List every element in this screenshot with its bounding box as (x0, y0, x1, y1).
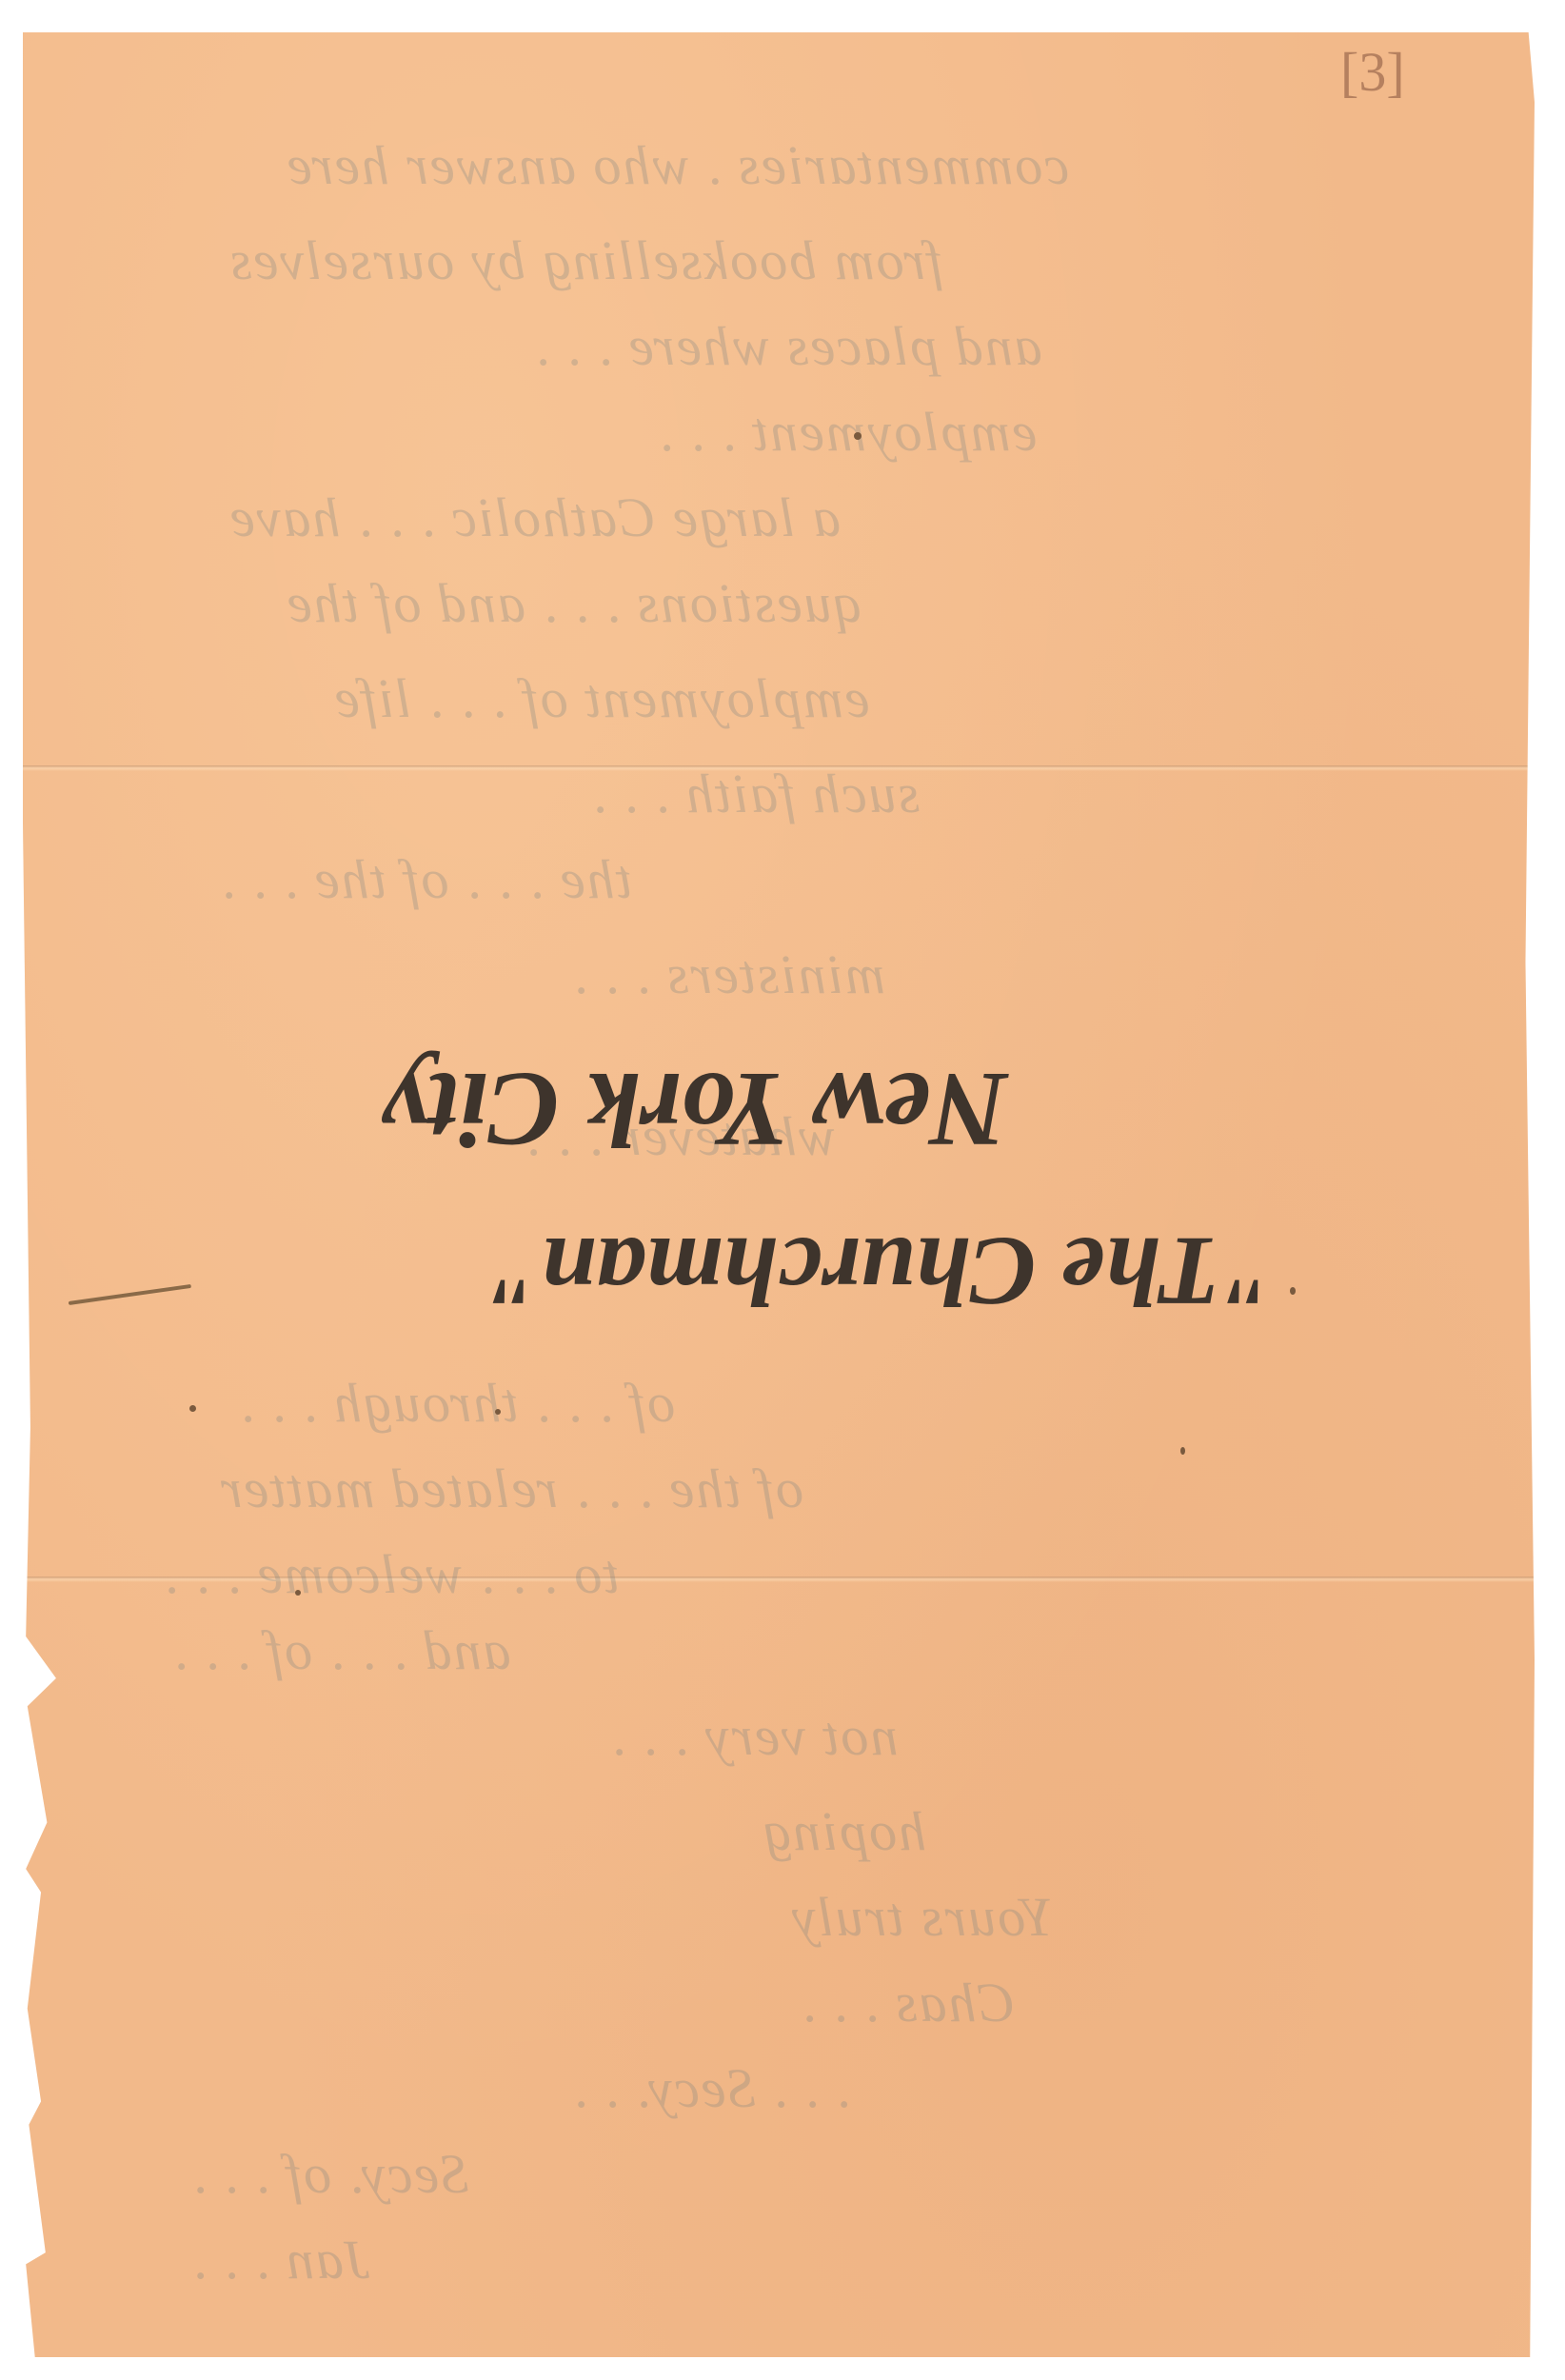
bleed-line: Chas . . . (800, 1971, 1015, 2034)
ink-speck (1290, 1287, 1296, 1295)
ink-speck (854, 432, 862, 440)
bleed-line: Yours truly (790, 1885, 1053, 1949)
bleed-line: . . . Secy. . . (571, 2056, 850, 2120)
bleed-line: not very . . . (609, 1704, 898, 1768)
bleed-line: of . . . through . . . (238, 1371, 675, 1435)
bleed-line: a large Catholic . . . have (228, 486, 841, 549)
bleed-line: from bookselling by ourselves (228, 228, 942, 292)
bleed-line: and places where . . . (533, 314, 1042, 378)
bleed-line: the . . . of the . . . (219, 847, 632, 911)
page-number: [3] (1340, 40, 1405, 104)
letter-page (23, 32, 1535, 2357)
ink-speck (495, 1409, 501, 1415)
ink-speck (295, 1590, 301, 1596)
bleed-line: Secy. of . . . (190, 2142, 468, 2206)
bleed-line: employment of . . . life (333, 666, 869, 730)
ink-speck (1180, 1447, 1185, 1455)
bleed-line: such faith . . . (590, 762, 920, 825)
bleed-line: employment . . . (657, 400, 1037, 464)
ink-speck (189, 1405, 196, 1412)
bleed-line: Jan . . . (190, 2228, 370, 2291)
publication-title-text: "The Churchman" (495, 1209, 1276, 1333)
bleed-line: ministers . . . (571, 942, 885, 1006)
bleed-line: hoping (762, 1799, 926, 1863)
bleed-line: of the . . . related matter (219, 1457, 803, 1520)
bleed-line: commentaries . who answer here (286, 133, 1069, 197)
bleed-line: and . . . of . . . (171, 1618, 511, 1682)
bleed-line: questions . . . and of the (286, 571, 862, 635)
address-city-text: New York City (333, 1042, 1057, 1176)
bleed-line: to . . . welcome . . . (162, 1542, 620, 1606)
